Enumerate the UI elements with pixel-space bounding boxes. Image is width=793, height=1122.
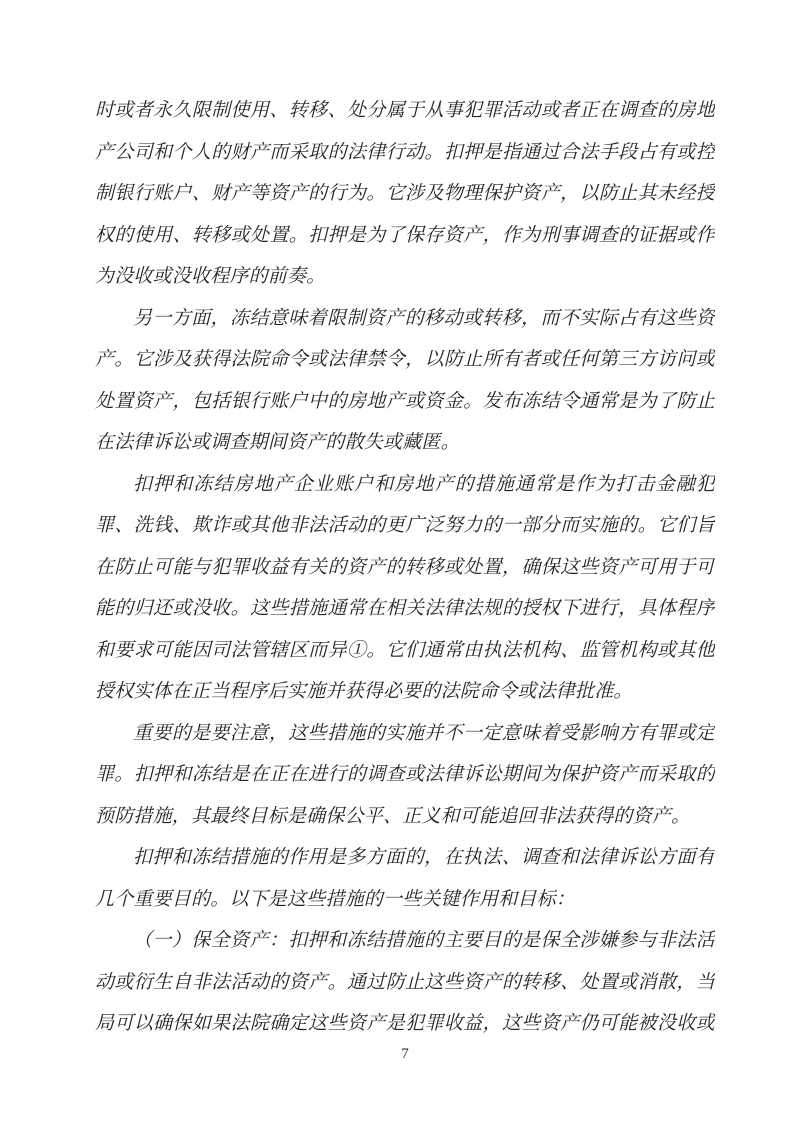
paragraph: 扣押和冻结措施的作用是多方面的，在执法、调查和法律诉讼方面有几个重要目的。以下是…: [95, 837, 715, 920]
paragraph: 重要的是要注意，这些措施的实施并不一定意味着受影响方有罪或定罪。扣押和冻结是在正…: [95, 713, 715, 838]
paragraph: 扣押和冻结房地产企业账户和房地产的措施通常是作为打击金融犯罪、洗钱、欺诈或其他非…: [95, 464, 715, 713]
paragraph: 另一方面，冻结意味着限制资产的移动或转移，而不实际占有这些资产。它涉及获得法院命…: [95, 298, 715, 464]
paragraph: 时或者永久限制使用、转移、处分属于从事犯罪活动或者正在调查的房地产公司和个人的财…: [95, 90, 715, 298]
paragraph: （一）保全资产：扣押和冻结措施的主要目的是保全涉嫌参与非法活动或衍生自非法活动的…: [95, 920, 715, 1046]
page-number: 7: [95, 1044, 715, 1064]
document-page: 时或者永久限制使用、转移、处分属于从事犯罪活动或者正在调查的房地产公司和个人的财…: [0, 0, 793, 1122]
document-body: 时或者永久限制使用、转移、处分属于从事犯罪活动或者正在调查的房地产公司和个人的财…: [95, 90, 715, 1046]
